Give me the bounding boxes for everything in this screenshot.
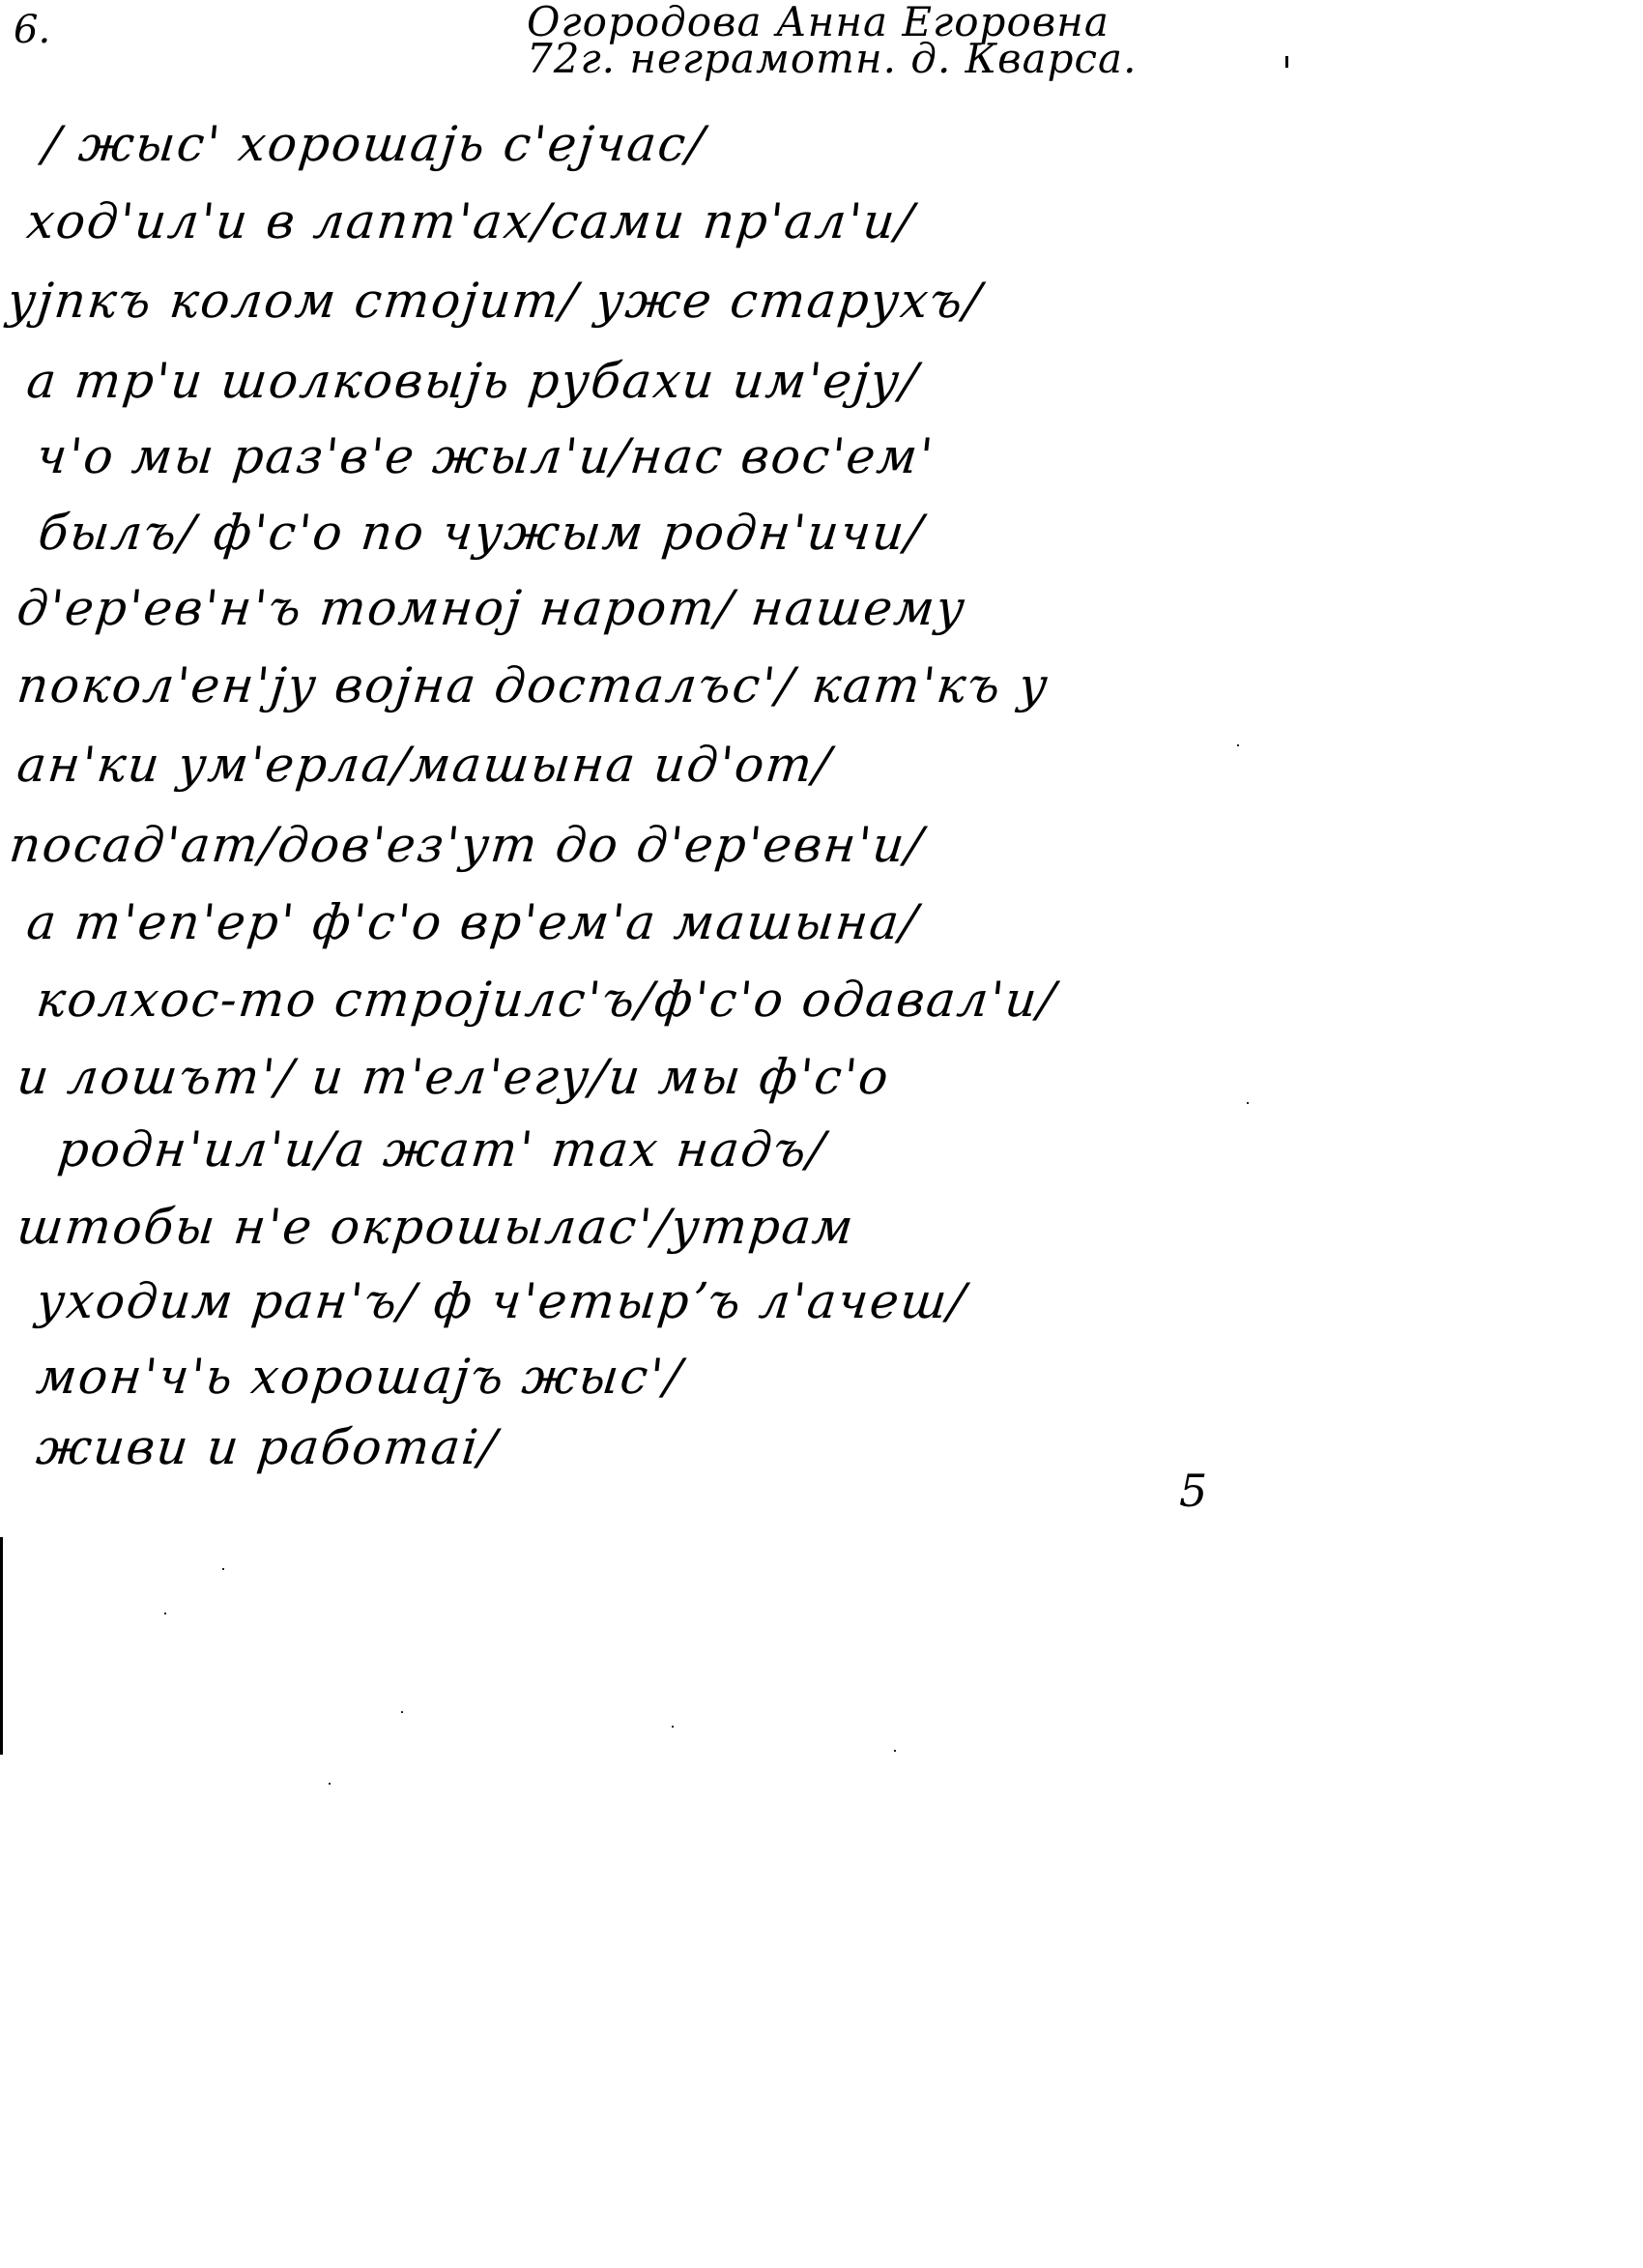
transcription-line: ан'ки ум'ерла/машына ид'от/ [14, 737, 835, 793]
informant-header: Огородова Анна Егоровна 72г. неграмотн. … [527, 4, 1137, 77]
transcription-line: родн'ил'и/а жат' тах надъ/ [55, 1121, 829, 1178]
transcription-line: уходим ран'ъ/ ф ч'етырʼъ л'ачеш/ [34, 1273, 969, 1329]
transcription-line: / жыс' хорошајь с'ејчас/ [41, 116, 708, 172]
scan-speck [222, 1568, 224, 1570]
transcription-line: мон'ч'ь хорошајъ жыс'/ [34, 1349, 686, 1405]
transcription-line: покол'ен'ју војна досталъс'/ кат'къ у [14, 657, 1052, 713]
transcription-line: а т'еп'ер' ф'с'о вр'ем'а машына/ [24, 894, 922, 950]
ink-mark [1285, 56, 1288, 68]
scan-speck [1247, 1102, 1249, 1104]
page-number-bottom: 5 [1179, 1465, 1207, 1517]
scan-speck [401, 1711, 403, 1713]
transcription-line: штобы н'е окрошылас'/утрам [14, 1199, 857, 1255]
scan-edge-line [0, 1537, 3, 1755]
manuscript-page: 6. Огородова Анна Егоровна 72г. неграмот… [0, 0, 1643, 2268]
scan-speck [672, 1726, 674, 1728]
transcription-line: былъ/ ф'с'о по чужым родн'ичи/ [36, 505, 927, 561]
transcription-line: ујпкъ колом стојит/ уже старухъ/ [5, 273, 985, 329]
transcription-line: и лошът'/ и т'ел'егу/и мы ф'с'о [14, 1049, 893, 1105]
scan-speck [1237, 744, 1239, 746]
informant-details: 72г. неграмотн. д. Кварса. [527, 41, 1137, 77]
scan-speck [894, 1750, 896, 1752]
transcription-line: посад'ат/дов'ез'ут до д'ер'евн'и/ [7, 817, 927, 873]
transcription-line: а тр'и шолковыјь рубахи им'еју/ [24, 353, 922, 409]
transcription-line: колхос-то стројилс'ъ/ф'с'о одавал'и/ [34, 972, 1059, 1028]
scan-speck [329, 1783, 331, 1785]
transcription-line: ч'о мы раз'в'е жыл'и/нас вос'ем' [34, 428, 937, 484]
scan-speck [164, 1613, 166, 1614]
transcription-line: д'ер'ев'н'ъ томној нарот/ нашему [14, 580, 969, 636]
transcription-line: ход'ил'и в лапт'ах/сами пр'ал'и/ [24, 193, 917, 249]
transcription-line: живи и работаі/ [34, 1419, 501, 1475]
page-number-top: 6. [14, 8, 50, 52]
